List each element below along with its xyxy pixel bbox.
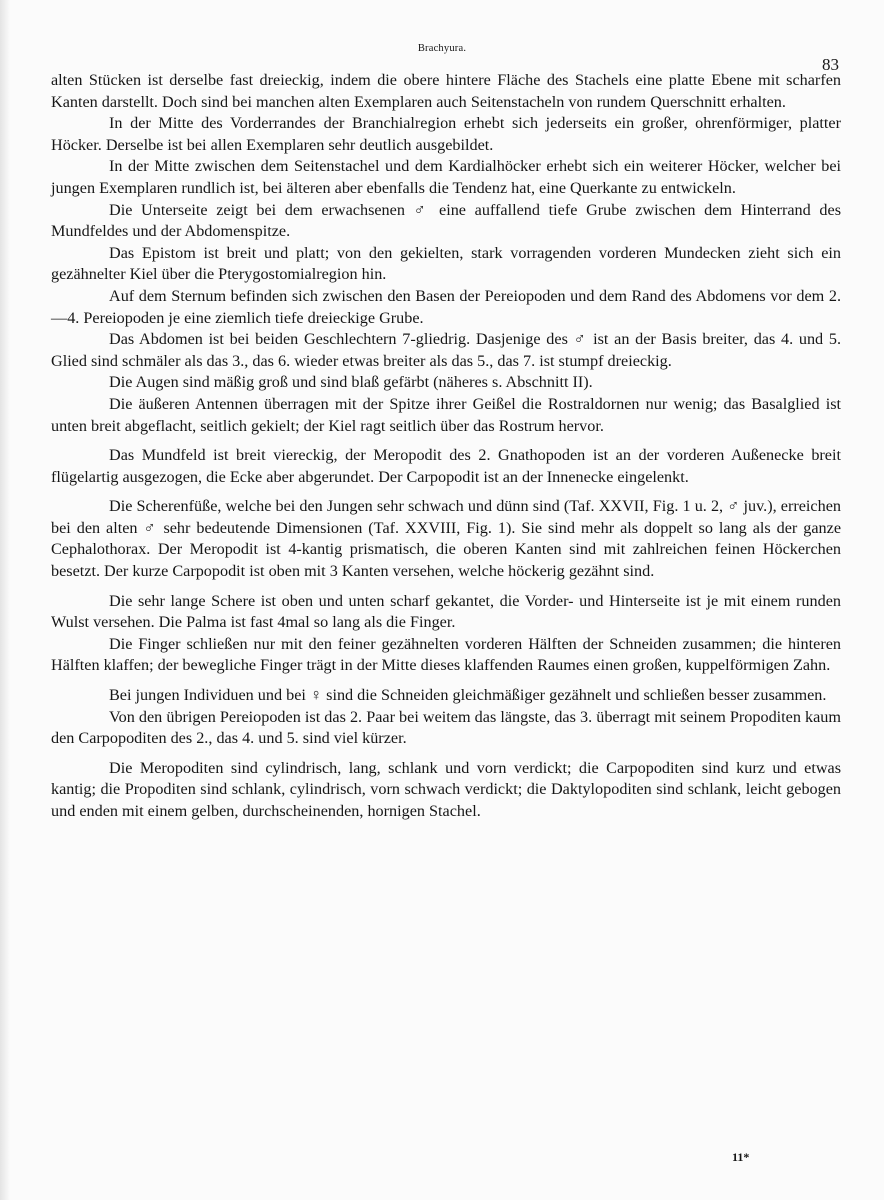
paragraph: Die Augen sind mäßig groß und sind blaß … [51,372,841,394]
paragraph: Bei jungen Individuen und bei ♀ sind die… [51,685,841,707]
paragraph: alten Stücken ist derselbe fast dreiecki… [51,70,841,113]
paragraph: Auf dem Sternum befinden sich zwischen d… [51,286,841,329]
page-edge-shadow [0,0,10,1200]
paragraph: Von den übrigen Pereiopoden ist das 2. P… [51,707,841,750]
paragraph: Die Scherenfüße, welche bei den Jungen s… [51,496,841,582]
paragraph: Die Meropoditen sind cylindrisch, lang, … [51,758,841,823]
paragraph: Die Finger schließen nur mit den feiner … [51,634,841,677]
body-text: alten Stücken ist derselbe fast dreiecki… [51,70,841,823]
paragraph: Das Epistom ist breit und platt; von den… [51,243,841,286]
running-title: Brachyura. [0,43,884,54]
paragraph: Die sehr lange Schere ist oben und unten… [51,591,841,634]
signature-mark: 11* [732,1150,749,1165]
paragraph: Die äußeren Antennen überragen mit der S… [51,394,841,437]
paragraph: Das Abdomen ist bei beiden Geschlechtern… [51,329,841,372]
paragraph: In der Mitte des Vorderrandes der Branch… [51,113,841,156]
paragraph: In der Mitte zwischen dem Seitenstachel … [51,156,841,199]
paragraph: Die Unterseite zeigt bei dem erwachsenen… [51,200,841,243]
paragraph: Das Mundfeld ist breit viereckig, der Me… [51,445,841,488]
